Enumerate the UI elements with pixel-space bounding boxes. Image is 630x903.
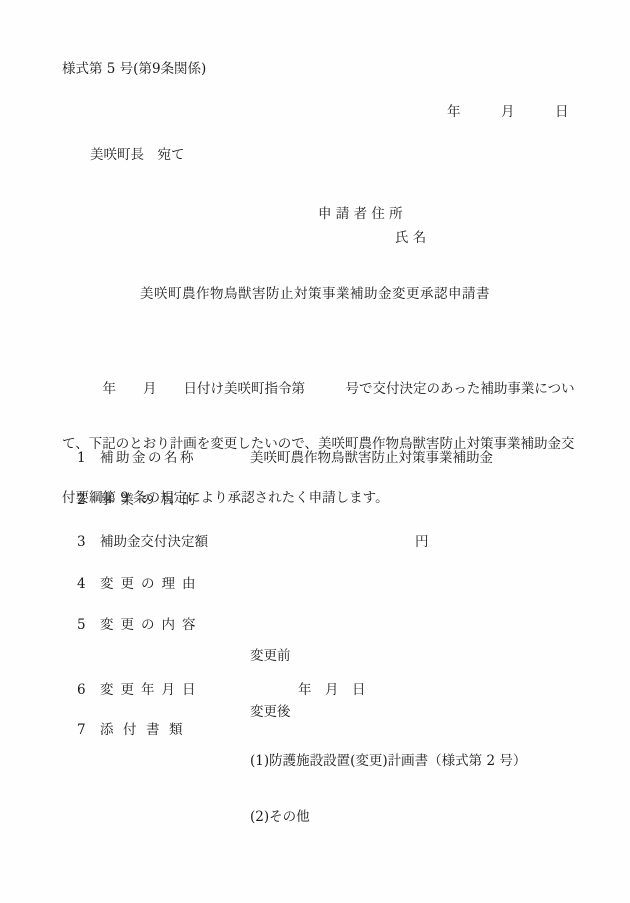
item-label: 補助金の名称 xyxy=(100,451,196,467)
document-title: 美咲町農作物鳥獣害防止対策事業補助金変更承認申請書 xyxy=(0,287,630,303)
document-page: 様式第 5 号(第9条関係) 年 月 日 美咲町長 宛て 申 請 者 住 所 氏… xyxy=(0,0,630,903)
item-number: 6 xyxy=(77,683,86,699)
item-value: 年 月 日 xyxy=(298,683,366,699)
item-label: 変更年月日 xyxy=(100,683,203,699)
item-value-line: 変更後 xyxy=(250,705,291,721)
addressee: 美咲町長 宛て xyxy=(90,148,185,164)
item-label: 添付書類 xyxy=(100,723,192,739)
item-label: 事業の目的 xyxy=(100,493,203,509)
applicant-address-label: 申 請 者 住 所 xyxy=(318,207,403,223)
body-line-1: 年 月 日付け美咲町指令第 号で交付決定のあった補助事業につい xyxy=(62,378,582,402)
form-item-2: 2 事業の目的 xyxy=(0,493,630,513)
form-item-5: 5 変更の内容 変更前 変更後 xyxy=(0,618,630,638)
item-value-line: (2)その他 xyxy=(250,810,526,826)
item-number: 3 xyxy=(77,535,86,551)
form-item-6: 6 変更年月日 年 月 日 xyxy=(0,683,630,703)
item-number: 4 xyxy=(77,577,86,593)
item-number: 5 xyxy=(77,618,86,634)
form-item-7: 7 添付書類 (1)防護施設設置(変更)計画書（様式第 2 号） (2)その他 xyxy=(0,723,630,743)
form-item-3: 3 補助金交付決定額 円 xyxy=(0,535,630,555)
issue-date-line: 年 月 日 xyxy=(447,105,569,121)
item-number: 7 xyxy=(77,723,86,739)
form-item-4: 4 変更の理由 xyxy=(0,577,630,597)
form-item-1: 1 補助金の名称 美咲町農作物鳥獣害防止対策事業補助金 xyxy=(0,451,630,471)
form-number: 様式第 5 号(第9条関係) xyxy=(62,62,206,78)
item-label: 変更の理由 xyxy=(100,577,203,593)
item-value: 円 xyxy=(415,535,429,551)
item-value: 美咲町農作物鳥獣害防止対策事業補助金 xyxy=(250,451,493,467)
item-label: 変更の内容 xyxy=(100,618,203,634)
item-number: 1 xyxy=(77,451,86,467)
item-label: 補助金交付決定額 xyxy=(100,535,208,551)
applicant-name-label: 氏 名 xyxy=(395,231,426,247)
item-value-line: (1)防護施設設置(変更)計画書（様式第 2 号） xyxy=(250,754,526,770)
item-value: (1)防護施設設置(変更)計画書（様式第 2 号） (2)その他 xyxy=(250,723,526,866)
item-value-line: 変更前 xyxy=(250,649,291,665)
item-number: 2 xyxy=(77,493,86,509)
